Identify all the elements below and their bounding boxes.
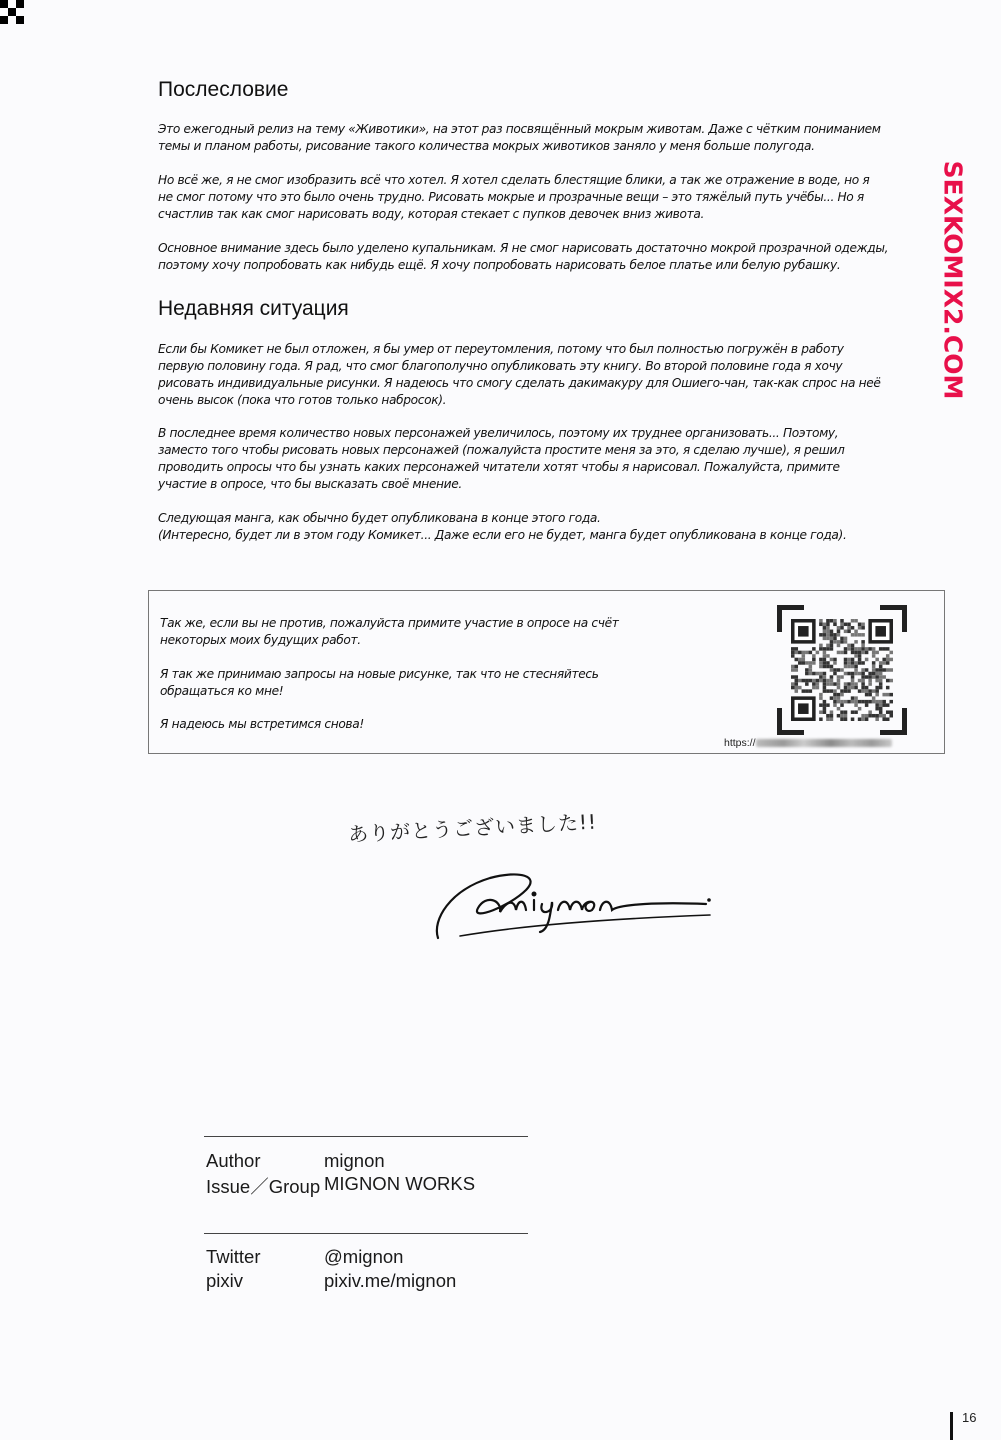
survey-url-link[interactable]: https:// — [724, 737, 892, 749]
watermark: SEXKOMIX2.COM — [938, 160, 968, 400]
credit-label: Twitter — [206, 1246, 260, 1268]
afterword-paragraph: Основное внимание здесь было уделено куп… — [158, 240, 948, 274]
afterword-title: Послесловие — [158, 78, 288, 102]
credits-divider — [204, 1233, 528, 1234]
survey-paragraph: Я так же принимаю запросы на новые рисун… — [160, 666, 700, 700]
afterword-paragraph: Но всё же, я не смог изобразить всё что … — [158, 172, 948, 223]
recent-paragraph: В последнее время количество новых персо… — [158, 425, 948, 493]
credit-label: pixiv — [206, 1270, 243, 1292]
url-prefix: https:// — [724, 737, 756, 749]
recent-situation-title: Недавняя ситуация — [158, 297, 349, 321]
qr-code-image — [791, 619, 893, 721]
credit-value: pixiv.me/mignon — [324, 1270, 456, 1292]
corner-checker-mark — [0, 0, 24, 24]
recent-paragraph: Следующая манга, как обычно будет опубли… — [158, 510, 948, 544]
credit-value: mignon — [324, 1150, 385, 1172]
watermark-text: SEXKOMIX2.COM — [939, 161, 968, 400]
recent-paragraph: Если бы Комикет не был отложен, я бы уме… — [158, 341, 948, 409]
page-number: 16 — [962, 1410, 976, 1425]
thank-you-text: ありがとうございました!! — [347, 806, 597, 848]
afterword-paragraph: Это ежегодный релиз на тему «Животики», … — [158, 121, 948, 155]
credit-label: Author — [206, 1150, 261, 1172]
credit-label: Issue／Group — [206, 1173, 320, 1199]
survey-box: Так же, если вы не против, пожалуйста пр… — [148, 590, 945, 754]
signature-mignon — [430, 860, 720, 945]
blurred-url — [756, 739, 892, 747]
credit-value: MIGNON WORKS — [324, 1173, 475, 1195]
qr-code-icon[interactable] — [777, 605, 907, 735]
credits-divider — [204, 1136, 528, 1137]
page-number-bar — [950, 1412, 953, 1440]
survey-paragraph: Я надеюсь мы встретимся снова! — [160, 716, 700, 733]
survey-paragraph: Так же, если вы не против, пожалуйста пр… — [160, 615, 700, 649]
credit-value: @mignon — [324, 1246, 403, 1268]
